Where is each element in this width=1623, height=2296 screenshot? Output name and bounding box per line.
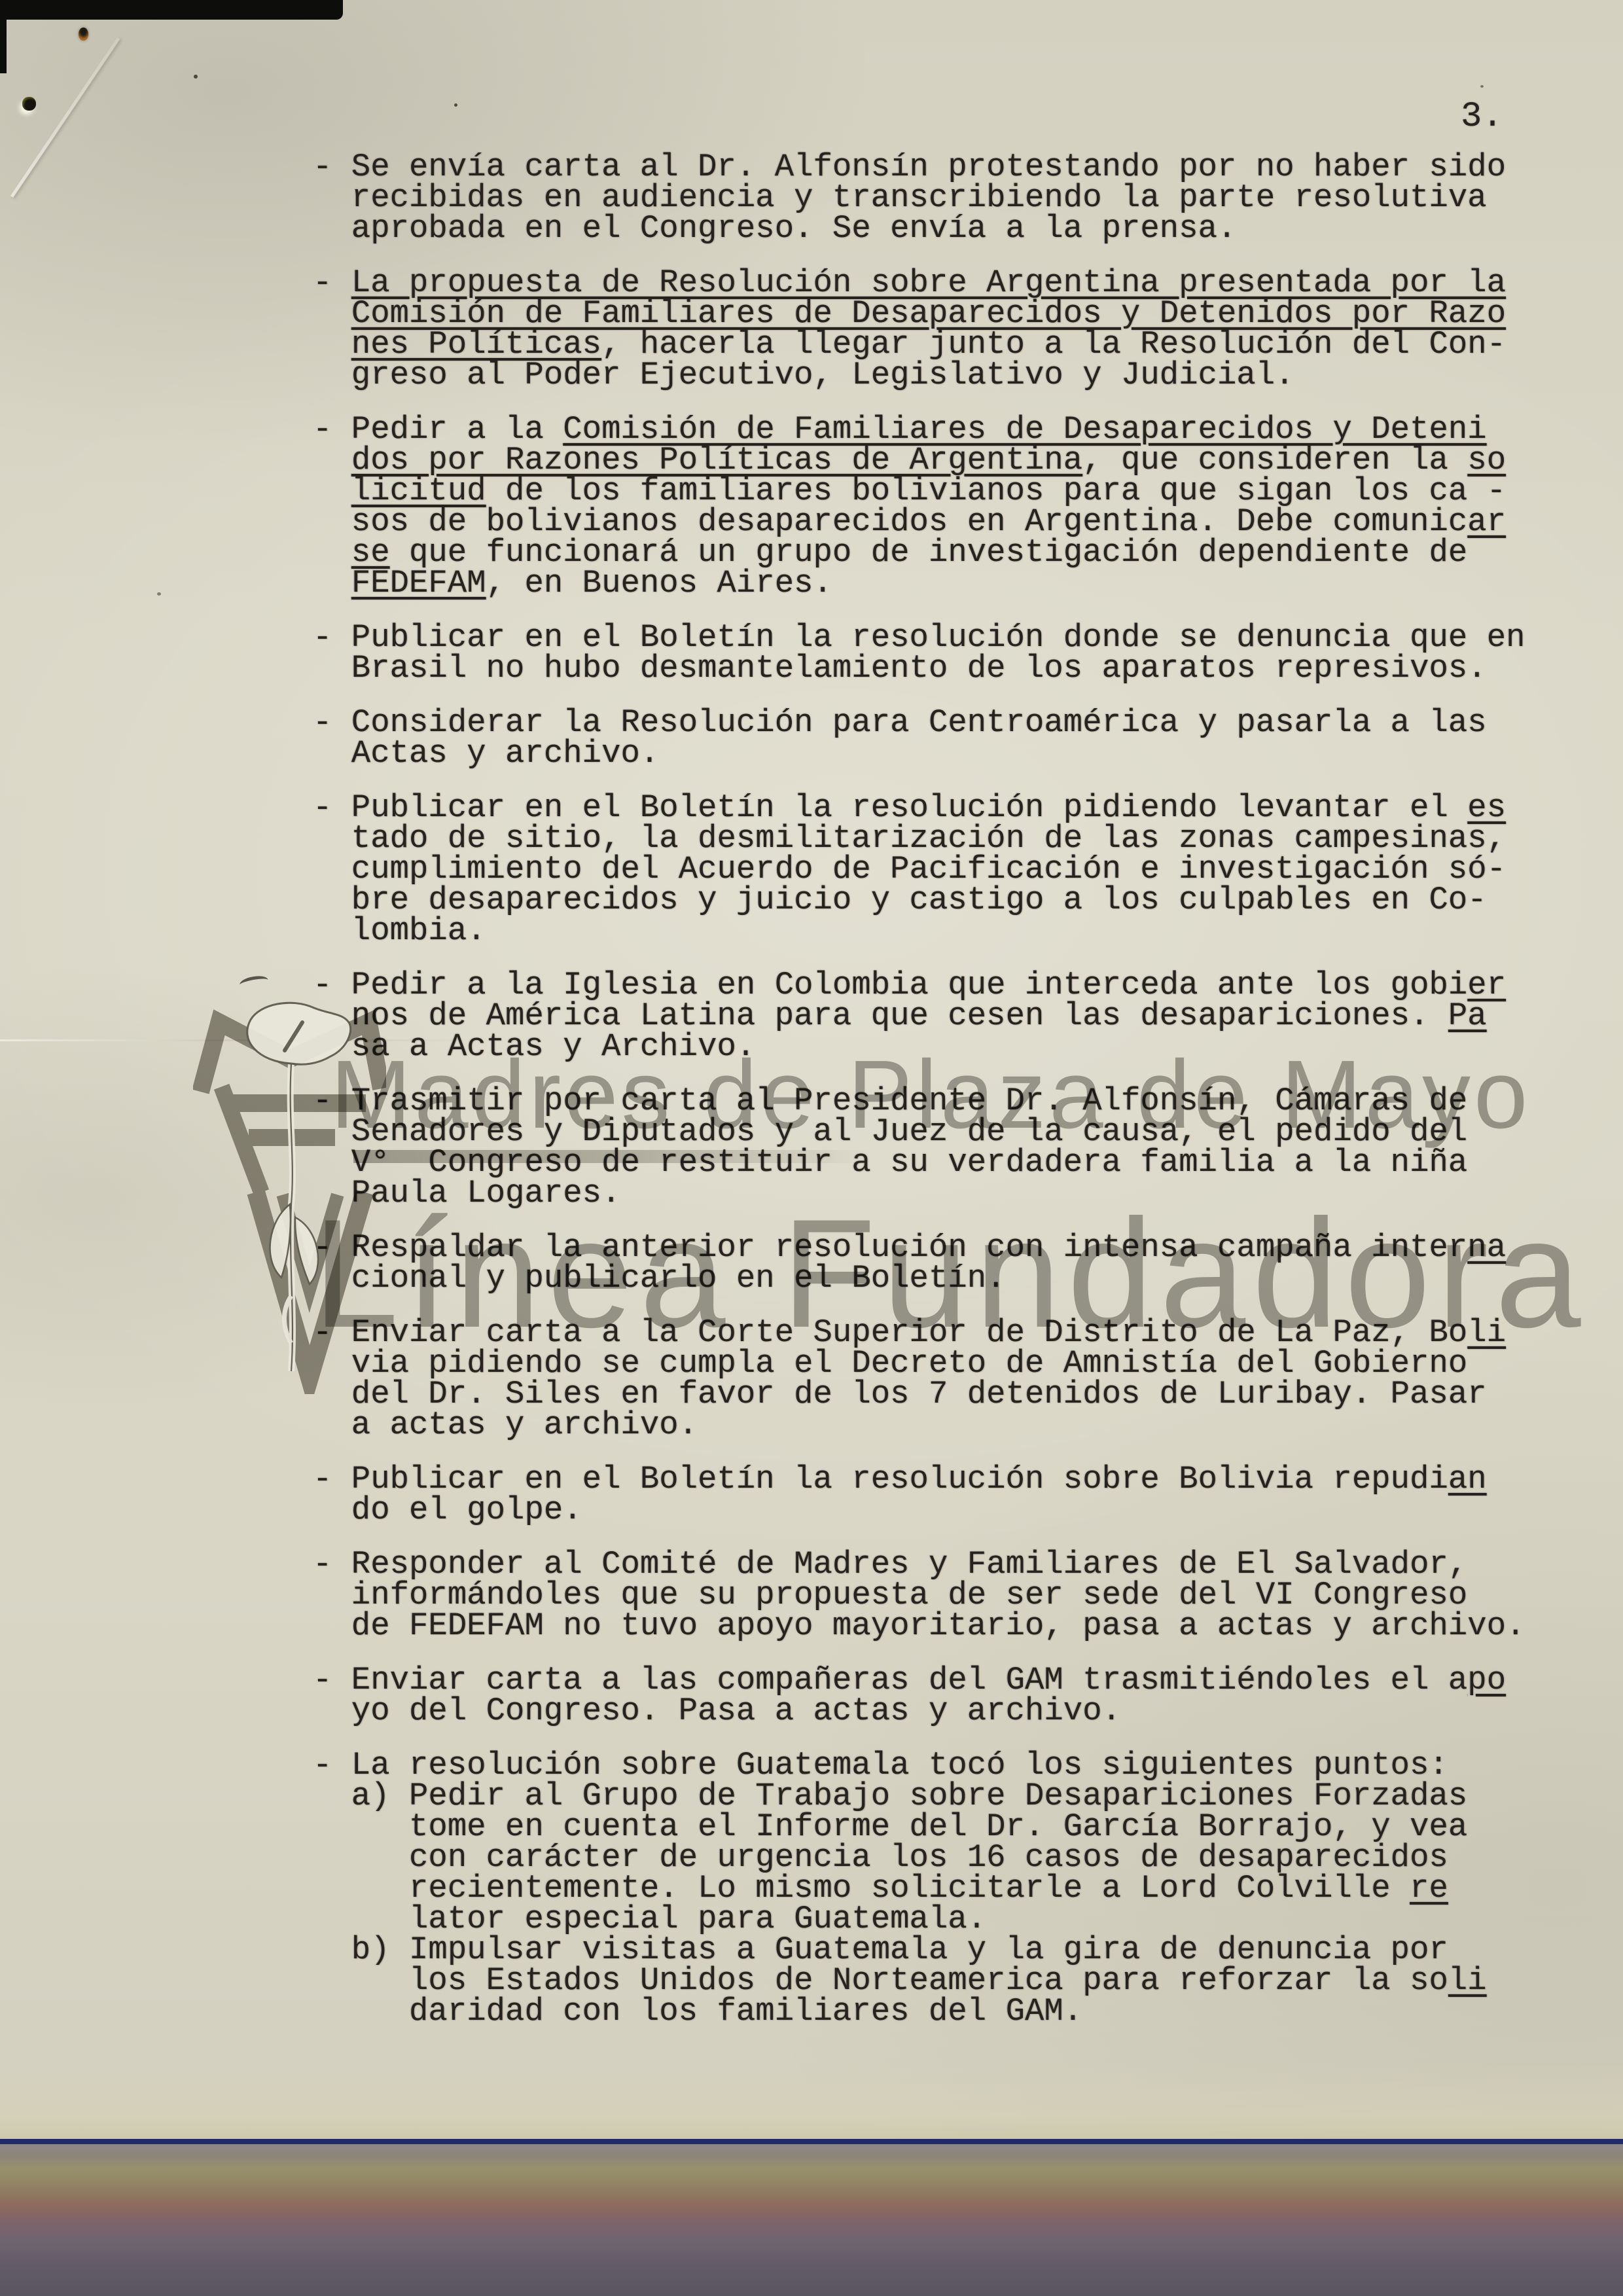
typed-line: - Responder al Comité de Madres y Famili… [313, 1549, 1525, 1580]
emblem-arm-bar [353, 1150, 870, 1163]
typed-line: nes Políticas, hacerla llegar junto a la… [313, 329, 1525, 360]
typed-line: - Considerar la Resolución para Centroam… [313, 708, 1525, 738]
typed-line: - Pedir a la Comisión de Familiares de D… [313, 414, 1525, 445]
bullet-item: - Publicar en el Boletín la resolución s… [313, 1464, 1525, 1526]
page-bottom-edge-line [0, 2139, 1623, 2144]
typed-line: informándoles que su propuesta de ser se… [313, 1580, 1525, 1611]
bullet-item: - Considerar la Resolución para Centroam… [313, 708, 1525, 769]
paper-crease-diagonal [10, 37, 120, 198]
typed-line: lator especial para Guatemala. [313, 1904, 1525, 1935]
typed-line: - Publicar en el Boletín la resolución d… [313, 622, 1525, 653]
bullet-item: - Se envía carta al Dr. Alfonsín protest… [313, 152, 1525, 244]
bullet-item: - Pedir a la Comisión de Familiares de D… [313, 414, 1525, 599]
typed-line: recibidas en audiencia y transcribiendo … [313, 183, 1525, 213]
ink-speck [1480, 85, 1484, 88]
typed-line: Brasil no hubo desmantelamiento de los a… [313, 653, 1525, 684]
scanner-edge-left-strip [0, 0, 7, 73]
scanner-edge-top-bar [0, 0, 343, 20]
typed-line: sos de bolivianos desaparecidos en Argen… [313, 507, 1525, 537]
watermark-line2: Línea Fundadora [313, 1185, 1588, 1363]
calla-lily-flower-icon [193, 988, 386, 1394]
scanner-background-band [0, 2144, 1623, 2296]
typed-line: a actas y archivo. [313, 1410, 1525, 1441]
bullet-item: - La propuesta de Resolución sobre Argen… [313, 268, 1525, 391]
typed-line: do el golpe. [313, 1495, 1525, 1526]
typed-line: Comisión de Familiares de Desaparecidos … [313, 298, 1525, 329]
ink-speck [454, 103, 457, 107]
bullet-item: - Publicar en el Boletín la resolución d… [313, 622, 1525, 684]
typed-line: - Publicar en el Boletín la resolución p… [313, 793, 1525, 823]
typed-line: - Publicar en el Boletín la resolución s… [313, 1464, 1525, 1495]
ink-speck [194, 75, 198, 79]
page-bottom-shading [0, 2062, 1623, 2139]
typed-line: Actas y archivo. [313, 738, 1525, 769]
page-number: 3. [1461, 97, 1503, 137]
bullet-item: - Enviar carta a las compañeras del GAM … [313, 1665, 1525, 1727]
typed-line: de FEDEFAM no tuvo apoyo mayoritario, pa… [313, 1611, 1525, 1641]
typed-line: FEDEFAM, en Buenos Aires. [313, 568, 1525, 599]
typed-line: b) Impulsar visitas a Guatemala y la gir… [313, 1935, 1525, 1965]
typed-line: lombia. [313, 916, 1525, 946]
typed-line: bre desaparecidos y juicio y castigo a l… [313, 885, 1525, 916]
bullet-item: - La resolución sobre Guatemala tocó los… [313, 1750, 1525, 2027]
ink-speck [157, 592, 161, 596]
watermark-line1: Madres de Plaza de Mayo [330, 1039, 1531, 1151]
typed-line: se que funcionará un grupo de investigac… [313, 537, 1525, 568]
staple-hole-top [79, 27, 88, 41]
typed-line: dos por Razones Políticas de Argentina, … [313, 445, 1525, 476]
typed-line: daridad con los familiares del GAM. [313, 1996, 1525, 2027]
bullet-item: - Responder al Comité de Madres y Famili… [313, 1549, 1525, 1641]
staple-hole-left [22, 97, 36, 111]
typed-line: yo del Congreso. Pasa a actas y archivo. [313, 1696, 1525, 1727]
typed-line: - Pedir a la Iglesia en Colombia que int… [313, 970, 1525, 1001]
typed-line: - La resolución sobre Guatemala tocó los… [313, 1750, 1525, 1781]
typed-line: - Enviar carta a las compañeras del GAM … [313, 1665, 1525, 1696]
typed-line: greso al Poder Ejecutivo, Legislativo y … [313, 360, 1525, 391]
typed-line: del Dr. Siles en favor de los 7 detenido… [313, 1379, 1525, 1410]
typed-line: a) Pedir al Grupo de Trabajo sobre Desap… [313, 1781, 1525, 1812]
bullet-item: - Publicar en el Boletín la resolución p… [313, 793, 1525, 946]
typed-line: licitud de los familiares bolivianos par… [313, 476, 1525, 507]
typed-line: - Se envía carta al Dr. Alfonsín protest… [313, 152, 1525, 183]
typed-line: - La propuesta de Resolución sobre Argen… [313, 268, 1525, 298]
typed-line: los Estados Unidos de Norteamerica para … [313, 1965, 1525, 1996]
typed-line: con carácter de urgencia los 16 casos de… [313, 1842, 1525, 1873]
typed-line: recientemente. Lo mismo solicitarle a Lo… [313, 1873, 1525, 1904]
typed-line: cumplimiento del Acuerdo de Pacificación… [313, 854, 1525, 885]
typed-line: nos de América Latina para que cesen las… [313, 1001, 1525, 1031]
typed-line: aprobada en el Congreso. Se envía a la p… [313, 213, 1525, 244]
typed-line: tome en cuenta el Informe del Dr. García… [313, 1812, 1525, 1842]
typed-line: tado de sitio, la desmilitarización de l… [313, 823, 1525, 854]
